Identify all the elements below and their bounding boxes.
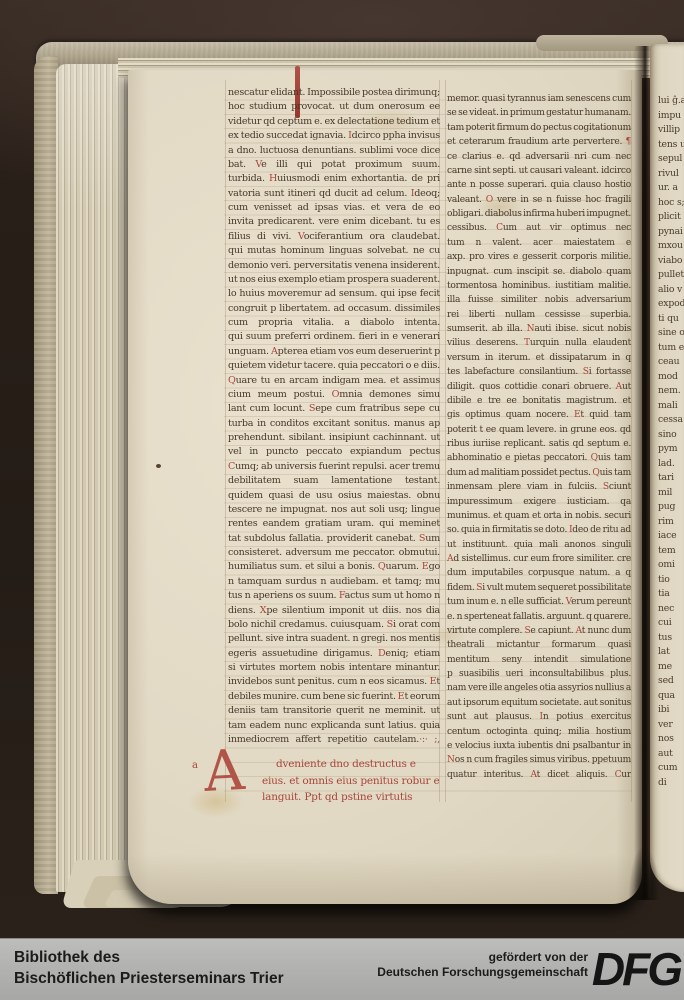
- text-line: villip: [658, 123, 684, 138]
- text-line: Ad sistellimus. cur eum frore similiter.…: [447, 552, 631, 566]
- text-line: mali: [658, 399, 684, 414]
- text-line: p suasibilis ueri inconsultabilibus plus…: [447, 667, 631, 681]
- funding-credit-line2: Deutschen Forschungsgemeinschaft: [377, 965, 588, 980]
- text-line: unguam. Apterea etiam vos eum deseruerin…: [228, 345, 440, 359]
- text-line: qui suum preferri ordinem. fieri in e ve…: [228, 330, 440, 344]
- text-line: impuressimum exigere iusticiam. qa inver…: [447, 495, 631, 509]
- text-line: quatur interitus. At dicet aliquis. Cur …: [447, 768, 631, 782]
- text-line: sumserit. ab illa. Nauti ibise. sicut no…: [447, 322, 631, 336]
- library-name-line1: Bibliothek des: [14, 948, 284, 969]
- text-line: rivul: [658, 167, 684, 182]
- text-line: ibi: [658, 703, 684, 718]
- text-line: videtur qd ceptum e. ex delectatione ted…: [228, 115, 440, 129]
- text-line: humiliatus sum. et silui a bonis. Quarum…: [228, 560, 440, 574]
- text-line: dveniente dno destructus e inimic9: [262, 756, 452, 773]
- text-line: tus n aperiens os suum. Factus sum ut ho…: [228, 589, 440, 603]
- text-line: plicit: [658, 210, 684, 225]
- text-line: lant cum locunt. Sepe cum fratribus sepe…: [228, 402, 440, 416]
- text-line: rim: [658, 515, 684, 530]
- text-line: aut: [658, 747, 684, 762]
- text-line: so. quia in firmitatis se doto. Ideo de …: [447, 523, 631, 537]
- text-line: sepul: [658, 152, 684, 167]
- column-ruling-line: [225, 80, 226, 802]
- text-line: tens u: [658, 138, 684, 153]
- text-line: tem: [658, 544, 684, 559]
- text-line: consisteret. adversum me peccator. obmut…: [228, 546, 440, 560]
- text-line: aut ipsorum equitum societate. aut sonit…: [447, 696, 631, 710]
- text-line: ceau: [658, 355, 684, 370]
- text-line: munimus. et quam et orta in nobis. secur…: [447, 509, 631, 523]
- text-line: languit. Ppt qd pstine virtutis: [262, 789, 452, 806]
- text-line: ut instituunt. quia mali anonos singuli …: [447, 538, 631, 552]
- text-line: eius. et omnis eius penitus robur e: [262, 773, 452, 790]
- text-line: tio: [658, 573, 684, 588]
- text-line: ut nos eius exemplo etiam prospera suade…: [228, 273, 440, 287]
- text-line: nam vere ille angeles otia assyrios null…: [447, 681, 631, 695]
- text-line: qui mutas hominum linguas solvebat. ne c…: [228, 244, 440, 258]
- text-line: cum propria vitalia. a diabolo intenta. …: [228, 316, 440, 330]
- text-line: e velocius iuxta iubentis dni psalbantur…: [447, 739, 631, 753]
- text-line: mxou: [658, 239, 684, 254]
- text-line: hoc studium provocat. ut dum onerosum ee: [228, 100, 440, 114]
- text-line: theatrali mictantur formarum quasi eunde…: [447, 638, 631, 652]
- text-line: cessibus. Cum aut vir optimus nec impedi…: [447, 221, 631, 235]
- text-line: qua: [658, 689, 684, 704]
- text-line: invita predicarent. vere enim dicebant. …: [228, 215, 440, 229]
- text-line: ribus iuriise replicant. satis qd septum…: [447, 437, 631, 451]
- text-line: pullet: [658, 268, 684, 283]
- text-line: bat. Ve illi qui potat proximum suum. su…: [228, 158, 440, 172]
- text-line: vatoria sunt itineri qd ducit ad celum. …: [228, 187, 440, 201]
- text-line: ur. a: [658, 181, 684, 196]
- text-line: quidem quasi de usu osius maiestas. obnu: [228, 489, 440, 503]
- text-line: filius di vivi. Vociferantium ora claude…: [228, 230, 440, 244]
- text-line: impu: [658, 109, 684, 124]
- text-line: debilitatem suam lamentatione testant. Q…: [228, 474, 440, 488]
- library-name-line2: Bischöflichen Priesterseminars Trier: [14, 969, 284, 990]
- text-line: tum e: [658, 341, 684, 356]
- text-line: cessa: [658, 413, 684, 428]
- text-line: nos: [658, 732, 684, 747]
- text-line: vel in puncto peccato expiandum pectus i…: [228, 445, 440, 459]
- text-line: ex tedio succedat ignavia. Idcirco ppha …: [228, 129, 440, 143]
- funding-credit-line1: gefördert von der: [377, 950, 588, 965]
- text-column-right: memor. quasi tyrannus iam senescens cum …: [447, 92, 631, 784]
- text-line: e. n sperteneat fallatis. arguunt. q qua…: [447, 610, 631, 624]
- text-line: carne sint septi. ut causari valeant. id…: [447, 164, 631, 178]
- text-line: memor. quasi tyrannus iam senescens cum …: [447, 92, 631, 106]
- text-line: sed: [658, 674, 684, 689]
- text-line: Nos n cum fragiles simus viribus. ppetuu…: [447, 753, 631, 767]
- text-line: tia: [658, 587, 684, 602]
- text-line: tes labefacture consilantium. Si fortass…: [447, 365, 631, 379]
- text-line: viabo: [658, 254, 684, 269]
- next-page-edge: lui ĝ.aimpuvilliptens usepulrivulur. aho…: [650, 44, 684, 892]
- text-line: iace: [658, 529, 684, 544]
- text-line: abhominatio e pietas peccatori. Quis tam…: [447, 451, 631, 465]
- left-page-stack-fore-edge: [56, 64, 136, 892]
- text-line: dibile e tre ee bonitatis magistrum. et …: [447, 394, 631, 408]
- text-line: inmensam plere viam in fulciis. Sciunt: [447, 480, 631, 494]
- text-line: me: [658, 660, 684, 675]
- text-line: sunt aut plausus. In potius exercitus po…: [447, 710, 631, 724]
- text-line: lui ĝ.a: [658, 94, 684, 109]
- red-initial-a: A: [203, 743, 246, 801]
- text-line: rei liberti nullam cessisse superbia. se…: [447, 308, 631, 322]
- text-line: obligari. diabolus infirma huberi impugn…: [447, 207, 631, 221]
- text-line: lat: [658, 645, 684, 660]
- text-line: axp. pro vires e gesserit corporis milit…: [447, 250, 631, 264]
- text-line: hoc s;: [658, 196, 684, 211]
- margin-note: a: [192, 760, 198, 771]
- text-line: tum n valent. acer maiestatem e obedient…: [447, 236, 631, 250]
- text-line: debiles munire. cum bene sic fuerint. Et…: [228, 690, 440, 704]
- text-line: tari: [658, 471, 684, 486]
- text-line: tam poterit firmum do pectus cogitationu…: [447, 121, 631, 135]
- text-line: mentitum seny intendit simulatione delib…: [447, 653, 631, 667]
- text-line: pym: [658, 442, 684, 457]
- text-line: prehendunt. sibilant. insipiunt cachinna…: [228, 431, 440, 445]
- text-line: pug: [658, 500, 684, 515]
- manuscript-page: nescatur elidant. Impossibile postea dir…: [128, 70, 642, 904]
- photo-backdrop: nescatur elidant. Impossibile postea dir…: [0, 0, 684, 1000]
- text-line: di: [658, 776, 684, 791]
- text-line: ver: [658, 718, 684, 733]
- text-line: se se videat. in primum gestatur humanam…: [447, 106, 631, 120]
- text-line: turbida. Huiusmodi enim exhortantia. de …: [228, 172, 440, 186]
- text-line: ante n posse superari. quia clauso hosti…: [447, 178, 631, 192]
- text-line: Quare tu en arcam indigam mea. et assimu…: [228, 374, 440, 388]
- text-line: ti qu: [658, 312, 684, 327]
- text-line: valeant. O vere in se n fuisse hoc fragi…: [447, 193, 631, 207]
- text-line: egeris assuetudine dirigamus. Deniq; eti…: [228, 647, 440, 661]
- book-left-cover-edge: [34, 56, 58, 894]
- text-line: mod: [658, 370, 684, 385]
- text-line: tam eadem nunc explicanda sunt latius. q…: [228, 719, 440, 733]
- text-line: deniis tam transitorie querit ne meminit…: [228, 704, 440, 718]
- text-line: inmediocrem affert repetitio cautelam.·:…: [228, 733, 440, 747]
- text-line: alio v: [658, 283, 684, 298]
- text-line: gis optimus quam nocere. Et quid tam car…: [447, 408, 631, 422]
- text-line: tat subdolus fallatia. providerit caneba…: [228, 532, 440, 546]
- next-page-text-fragments: lui ĝ.aimpuvilliptens usepulrivulur. aho…: [658, 94, 684, 790]
- text-line: fidem. Si vult mutem sequeret possibilit…: [447, 581, 631, 595]
- text-line: pynai: [658, 225, 684, 240]
- text-line: dum imputabiles corpusque natum. a q gre…: [447, 566, 631, 580]
- text-line: n tamquam surdus n audiebam. et tamq; mu: [228, 575, 440, 589]
- library-name: Bibliothek des Bischöflichen Priestersem…: [14, 948, 284, 989]
- text-line: cum venisset ad ipsas vias. et vera de e…: [228, 201, 440, 215]
- text-line: omi: [658, 558, 684, 573]
- text-line: cum: [658, 761, 684, 776]
- text-line: dum ad malitiam possidet pectus. Quis ta…: [447, 466, 631, 480]
- text-line: centum octoginta quinq; milia hostium se…: [447, 725, 631, 739]
- rubric-text: dveniente dno destructus e inimic9eius. …: [262, 756, 452, 806]
- text-line: poterit t ee quam levere. in grune eos. …: [447, 423, 631, 437]
- text-line: demonio veri. perversitatis venena insid…: [228, 259, 440, 273]
- text-line: ce clarius e. qd adversarii nri cum nec …: [447, 150, 631, 164]
- text-line: inpugnat. cum inscipit se. diabolo quam …: [447, 265, 631, 279]
- text-line: congruit p libertatem. ad occasum. dissi…: [228, 302, 440, 316]
- column-ruling-line: [631, 80, 632, 802]
- text-line: sino: [658, 428, 684, 443]
- text-line: bolo nichil credamus. cuiusquam. Si orat…: [228, 618, 440, 632]
- text-line: pellunt. sive intra suadent. n gregi. no…: [228, 632, 440, 646]
- text-line: tescere ne impugnat. nos aut soli usq; l…: [228, 503, 440, 517]
- text-line: cui: [658, 616, 684, 631]
- text-line: tus: [658, 631, 684, 646]
- text-line: vilius deserens. Turquin nulla elaudent …: [447, 336, 631, 350]
- digitization-banner: Bibliothek des Bischöflichen Priestersem…: [0, 938, 684, 1000]
- text-line: nescatur elidant. Impossibile postea dir…: [228, 86, 440, 100]
- text-line: lo huius moveremur ad sensum. qui ipse f…: [228, 287, 440, 301]
- dfg-logo: DFG: [592, 939, 680, 999]
- text-line: si virtutes mortem nobis intentare minan…: [228, 661, 440, 675]
- text-line: tum inum e. n elle sufficiat. Verum pere…: [447, 595, 631, 609]
- funding-credit: gefördert von der Deutschen Forschungsge…: [377, 950, 588, 980]
- text-line: cium meum postui. Omnia demones simu: [228, 388, 440, 402]
- text-line: lad.: [658, 457, 684, 472]
- text-line: Cumq; ab universis fuerint repulsi. acer…: [228, 460, 440, 474]
- text-column-left: nescatur elidant. Impossibile postea dir…: [228, 86, 440, 748]
- text-line: sine o: [658, 326, 684, 341]
- text-line: virtute complere. Se capiunt. At nunc du…: [447, 624, 631, 638]
- text-line: invidebos sunt penitus. cum n eos sicamu…: [228, 675, 440, 689]
- page-gutter-shadow: [634, 46, 652, 898]
- text-line: mil: [658, 486, 684, 501]
- text-line: diens. Xpe silentium imponit ut diis. no…: [228, 604, 440, 618]
- text-line: turba in conditos excitant sonitus. manu…: [228, 417, 440, 431]
- text-line: nec: [658, 602, 684, 617]
- text-line: expod: [658, 297, 684, 312]
- text-line: illa fuisse similiter nobis adversarium …: [447, 293, 631, 307]
- text-line: diligit. quos cottidie conari obruere. A…: [447, 380, 631, 394]
- text-line: et ceterarum fraudium arte pervertere. ¶…: [447, 135, 631, 149]
- text-line: nem.: [658, 384, 684, 399]
- text-line: versum in iterum. et dissipatarum in q: [447, 351, 631, 365]
- text-line: quietem videtur tacere. quia peccatori o…: [228, 359, 440, 373]
- text-line: rentes eandem gratiam uram. qui meminet: [228, 517, 440, 531]
- ink-speck: [156, 464, 161, 468]
- text-line: a dno. luctuosa denuntians. sublimi voce…: [228, 144, 440, 158]
- column-ruling-line: [445, 80, 446, 802]
- text-line: tormentosa hominibus. iustitiam malitie.…: [447, 279, 631, 293]
